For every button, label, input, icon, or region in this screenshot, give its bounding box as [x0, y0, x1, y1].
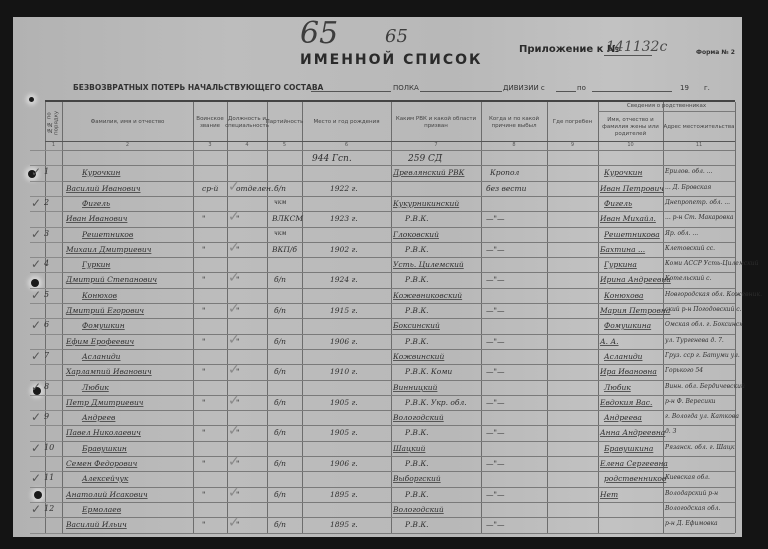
- column-number: 1: [45, 142, 62, 148]
- surname: Фигель: [82, 199, 110, 208]
- check-mark: ✓: [228, 423, 240, 439]
- rvk-suffix: Р.В.К.: [405, 459, 429, 468]
- relative-name-2: А. А.: [600, 337, 619, 346]
- column-header-label: Воинское звание: [193, 116, 227, 130]
- rvk-district: Шацкий: [393, 444, 425, 453]
- address-2: р-н Д. Ефимовка: [665, 520, 718, 527]
- birth-year: 1906 г.: [330, 337, 358, 346]
- surname: Решетников: [82, 230, 133, 239]
- address-1: Яр. обл. ...: [665, 230, 698, 237]
- given-name-patronymic: Анатолий Исакович: [66, 490, 148, 499]
- row-line: [62, 303, 735, 304]
- row-num-line: [30, 487, 62, 488]
- party: б/п: [274, 459, 286, 468]
- relative-name-2: Нет: [600, 490, 618, 499]
- column-header-4: Должность и специальность: [227, 104, 267, 141]
- relative-name-2: Ира Ивановна: [600, 367, 657, 376]
- military-rank: ": [202, 306, 205, 315]
- address-1: Вологодская обл.: [665, 505, 720, 512]
- birth-year: 1906 г.: [330, 459, 358, 468]
- column-header-label: Фамилия, имя и отчество: [91, 119, 165, 126]
- check-mark: ✓: [228, 332, 240, 348]
- row-line: [62, 196, 735, 197]
- rvk-district: Выборгский: [393, 474, 441, 483]
- military-rank: ": [202, 428, 205, 437]
- column-number: 5: [267, 142, 302, 148]
- military-rank: ": [202, 245, 205, 254]
- relative-name-2: Ирина Андреевна: [600, 275, 671, 284]
- relative-name-1: Решетникова: [604, 230, 660, 239]
- rvk-district: Кожвинский: [393, 352, 444, 361]
- row-line: [62, 456, 735, 457]
- column-number: 9: [547, 142, 598, 148]
- check-mark: ✓: [31, 196, 41, 210]
- relative-name-1: Курочкин: [604, 168, 642, 177]
- rvk-district: Усть. Цилемский: [393, 260, 464, 269]
- column-number: 11: [663, 142, 735, 148]
- military-rank: ": [202, 275, 205, 284]
- document-subtitle: БЕЗВОЗВРАТНЫХ ПОТЕРЬ НАЧАЛЬСТВУЮЩЕГО СОС…: [73, 83, 323, 92]
- rvk-district: Кукурникинский: [393, 199, 459, 208]
- row-line: [62, 487, 735, 488]
- check-mark: ✓: [31, 165, 41, 179]
- column-number: 3: [193, 142, 227, 148]
- row-num-line: [30, 211, 62, 212]
- column-header-11: Адрес местожительства: [663, 113, 735, 141]
- relative-name-1: Фомушкина: [604, 321, 651, 330]
- blank-line: [556, 91, 576, 92]
- rvk-district: Глоковский: [393, 230, 439, 239]
- appendix-label: Приложение к №: [519, 44, 619, 55]
- column-number: 10: [598, 142, 663, 148]
- row-num-line: [30, 181, 62, 182]
- column-header-label: №№ по порядку: [47, 104, 61, 141]
- given-name-patronymic: Василий Ильич: [66, 520, 127, 529]
- relative-name-2: Мария Петровна: [600, 306, 670, 315]
- blank-line: [311, 91, 391, 92]
- rvk-district: Винницкий: [393, 383, 437, 392]
- column-header-label: Должность и специальность: [225, 116, 269, 130]
- military-rank: ": [202, 520, 205, 529]
- check-mark: ✓: [31, 502, 41, 516]
- unit-note-division: 259 СД: [408, 154, 442, 164]
- rvk-suffix: Р.В.К.: [405, 245, 429, 254]
- column-header-10: Имя, отчество и фамилия жены или родител…: [598, 113, 663, 141]
- sheet-number-handwritten-2: 65: [385, 26, 408, 47]
- given-name-patronymic: Дмитрий Егорович: [66, 306, 144, 315]
- form-number: Форма № 2: [696, 49, 735, 56]
- military-rank: ср-й: [202, 184, 218, 193]
- when-reason-2: —"—: [486, 428, 504, 437]
- row-line: [62, 288, 735, 289]
- party: ВКП/б: [272, 245, 297, 254]
- relative-name-1: Асланиди: [604, 352, 642, 361]
- check-mark: ✓: [31, 318, 41, 332]
- row-line: [62, 242, 735, 243]
- row-line: [62, 533, 735, 534]
- column-header-label: Каким РВК и какой области призван: [391, 116, 481, 130]
- relative-name-2: Иван Михайл.: [600, 214, 656, 223]
- row-line: [62, 150, 735, 151]
- given-name-patronymic: Дмитрий Степанович: [66, 275, 157, 284]
- row-line: [62, 349, 735, 350]
- when-reason-2: —"—: [486, 459, 504, 468]
- relative-name-1: Андреева: [604, 413, 642, 422]
- column-header-label: Адрес местожительства: [663, 124, 734, 131]
- document-title: ИМЕННОЙ СПИСОК: [300, 52, 482, 68]
- year-label: 19: [680, 84, 689, 92]
- check-mark: ✓: [31, 227, 41, 241]
- check-mark: ✓: [228, 393, 240, 409]
- row-number: 9: [44, 412, 49, 421]
- birth-year: 1902 г.: [330, 245, 358, 254]
- relative-name-1: Бравушкина: [604, 444, 653, 453]
- check-mark: ✓: [31, 471, 41, 485]
- regiment-label: ПОЛКА: [393, 84, 419, 92]
- address-1: Винн. обл. Бердичевский: [665, 383, 745, 390]
- row-line: [62, 441, 735, 442]
- address-1: Ерилов. обл. ...: [665, 168, 712, 175]
- column-divider: [735, 102, 736, 533]
- address-2: р-н Ф. Вересики: [665, 398, 716, 405]
- rvk-district: Вологодский: [393, 505, 444, 514]
- row-line: [62, 471, 735, 472]
- given-name-patronymic: Василий Иванович: [66, 184, 141, 193]
- row-line: [62, 272, 735, 273]
- punch-hole: [34, 491, 42, 499]
- row-number: 3: [44, 229, 49, 238]
- check-mark: ✓: [228, 362, 240, 378]
- birth-year: 1924 г.: [330, 275, 358, 284]
- when-reason-2: —"—: [486, 367, 504, 376]
- row-number: 7: [44, 351, 49, 360]
- when-reason-2: —"—: [486, 337, 504, 346]
- given-name-patronymic: Павел Николаевич: [66, 428, 141, 437]
- column-header-7: Каким РВК и какой области призван: [391, 104, 481, 141]
- address-1: Груз. сср г. Батуми ул.: [665, 352, 740, 359]
- party: б/п: [274, 306, 286, 315]
- column-header-label: Место и год рождения: [313, 119, 379, 126]
- when-reason-2: —"—: [486, 398, 504, 407]
- column-number: 4: [227, 142, 267, 148]
- party: б/п: [274, 428, 286, 437]
- military-rank: ": [202, 367, 205, 376]
- check-mark: ✓: [31, 380, 41, 394]
- when-reason-2: —"—: [486, 520, 504, 529]
- row-num-line: [30, 242, 62, 243]
- party-note: чкм: [274, 230, 286, 237]
- birth-year: 1923 г.: [330, 214, 358, 223]
- column-number: 8: [481, 142, 547, 148]
- column-header-label: Где погребен: [553, 119, 592, 126]
- relative-name-1: Фигель: [604, 199, 632, 208]
- group-header-divider: [598, 111, 735, 112]
- party: б/п: [274, 184, 286, 193]
- party: б/п: [274, 367, 286, 376]
- address-2: Горького 54: [665, 367, 703, 374]
- rvk-suffix: Р.В.К.: [405, 306, 429, 315]
- row-num-line: [30, 303, 62, 304]
- row-line: [62, 227, 735, 228]
- column-number: 2: [62, 142, 193, 148]
- surname: Андреев: [82, 413, 115, 422]
- party: б/п: [274, 275, 286, 284]
- address-2: ... Д. Бровская: [665, 184, 711, 191]
- address-2: ... р-н Ст. Макаровка: [665, 214, 733, 221]
- rvk-suffix: Р.В.К. Коми: [405, 367, 452, 376]
- row-line: [62, 502, 735, 503]
- when-reason-2: —"—: [486, 275, 504, 284]
- row-line: [62, 380, 735, 381]
- rvk-district: Кожевниковский: [393, 291, 462, 300]
- address-1: г. Вологда ул. Каткова: [665, 413, 739, 420]
- row-number: 1: [44, 167, 49, 176]
- address-1: Днепропетр. обл. ...: [665, 199, 730, 206]
- row-number: 11: [44, 473, 54, 482]
- rvk-district: Боксинский: [393, 321, 440, 330]
- column-header-9: Где погребен: [547, 104, 598, 141]
- check-mark: ✓: [31, 257, 41, 271]
- birth-year: 1895 г.: [330, 490, 358, 499]
- year-suffix: г.: [704, 84, 710, 92]
- column-header-5: Партийность: [267, 104, 302, 141]
- address-2: Котельский с.: [665, 275, 711, 282]
- row-number: 4: [44, 259, 49, 268]
- relative-name-2: Иван Петрович: [600, 184, 664, 193]
- row-num-line: [30, 364, 62, 365]
- relative-name-2: Анна Андреевна: [600, 428, 665, 437]
- birth-year: 1905 г.: [330, 428, 358, 437]
- rvk-suffix: Р.В.К.: [405, 337, 429, 346]
- address-1: Рязанск. обл. г. Шацк: [665, 444, 735, 451]
- column-header-label: Когда и по какой причине выбыл: [481, 116, 547, 130]
- surname: Любик: [82, 383, 109, 392]
- given-name-patronymic: Харлампий Иванович: [66, 367, 152, 376]
- address-2: ский р-н Погодовский с.: [665, 306, 742, 313]
- check-mark: ✓: [31, 410, 41, 424]
- when-reason-2: —"—: [486, 306, 504, 315]
- row-line: [62, 395, 735, 396]
- row-number: 8: [44, 382, 49, 391]
- check-mark: ✓: [31, 349, 41, 363]
- rvk-district: Древлянский РВК: [393, 168, 464, 177]
- row-num-line: [30, 533, 62, 534]
- check-mark: ✓: [31, 441, 41, 455]
- column-header-3: Воинское звание: [193, 104, 227, 141]
- check-mark: ✓: [228, 515, 240, 531]
- when-reason-2: —"—: [486, 490, 504, 499]
- party: б/п: [274, 490, 286, 499]
- appendix-underline: [604, 55, 652, 56]
- check-mark: ✓: [228, 179, 240, 195]
- row-number: 12: [44, 504, 54, 513]
- check-mark: ✓: [228, 270, 240, 286]
- given-name-patronymic: Иван Иванович: [66, 214, 127, 223]
- given-name-patronymic: Михаил Дмитриевич: [66, 245, 151, 254]
- military-rank: ": [202, 490, 205, 499]
- when-reason-2: —"—: [486, 214, 504, 223]
- surname: Ермолаев: [82, 505, 121, 514]
- row-num-line: [30, 425, 62, 426]
- row-num-line: [30, 334, 62, 335]
- given-name-patronymic: Петр Дмитриевич: [66, 398, 143, 407]
- rvk-suffix: Р.В.К.: [405, 275, 429, 284]
- blank-line: [420, 91, 502, 92]
- surname: Асланиди: [82, 352, 120, 361]
- military-rank: ": [202, 214, 205, 223]
- row-num-line: [30, 517, 62, 518]
- address-1: Новгородская обл. Кожевник.: [665, 291, 762, 298]
- address-1: Коми АССР Усть-Цилемский: [665, 260, 758, 267]
- unit-note-regiment: 944 Гсп.: [312, 154, 352, 164]
- row-line: [62, 410, 735, 411]
- date-to-label: по: [577, 84, 586, 92]
- row-num-line: [30, 150, 62, 151]
- check-mark: ✓: [228, 209, 240, 225]
- row-num-line: [30, 395, 62, 396]
- relative-name-1: Конюхова: [604, 291, 643, 300]
- appendix-number: 141132с: [606, 39, 667, 55]
- rvk-suffix: Р.В.К.: [405, 520, 429, 529]
- table-top-border: [45, 100, 735, 102]
- military-rank: ": [202, 459, 205, 468]
- party: б/п: [274, 398, 286, 407]
- sheet-number-handwritten: 65: [300, 16, 338, 51]
- military-rank: ": [202, 337, 205, 346]
- birth-year: 1895 г.: [330, 520, 358, 529]
- row-line: [62, 364, 735, 365]
- check-mark: ✓: [228, 240, 240, 256]
- rvk-suffix: Р.В.К.: [405, 214, 429, 223]
- rvk-suffix: Р.В.К.: [405, 428, 429, 437]
- column-header-2: Фамилия, имя и отчество: [62, 104, 193, 141]
- column-header-1: №№ по порядку: [45, 104, 62, 141]
- surname: Курочкин: [82, 168, 120, 177]
- position: отделен.: [236, 184, 273, 193]
- rvk-suffix: Р.В.К.: [405, 490, 429, 499]
- address-2: Володарский р-н: [665, 490, 718, 497]
- punch-hole: [29, 97, 34, 102]
- given-name-patronymic: Ефим Ерофеевич: [66, 337, 134, 346]
- row-line: [62, 425, 735, 426]
- surname: Фомушкин: [82, 321, 125, 330]
- row-line: [62, 257, 735, 258]
- relative-name-1: Гуркина: [604, 260, 637, 269]
- surname: Алексейчук: [82, 474, 128, 483]
- check-mark: ✓: [31, 288, 41, 302]
- column-header-label: Имя, отчество и фамилия жены или родител…: [598, 117, 663, 138]
- column-number: 7: [391, 142, 481, 148]
- relative-name-2: Евдокия Вас.: [600, 398, 652, 407]
- column-header-label: Партийность: [266, 119, 304, 126]
- birth-year: 1905 г.: [330, 398, 358, 407]
- when-reason-1: Кропол: [490, 168, 519, 177]
- relative-name-2: Бахтина ...: [600, 245, 645, 254]
- row-number: 2: [44, 198, 49, 207]
- division-label: ДИВИЗИИ с: [503, 84, 545, 92]
- relative-name-1: Любик: [604, 383, 631, 392]
- row-number: 10: [44, 443, 54, 452]
- row-num-line: [30, 272, 62, 273]
- row-line: [62, 181, 735, 182]
- check-mark: ✓: [228, 454, 240, 470]
- party: б/п: [274, 337, 286, 346]
- surname: Конюхов: [82, 291, 117, 300]
- surname: Бравушкин: [82, 444, 127, 453]
- rvk-district: Вологодский: [393, 413, 444, 422]
- address-2: Клетовский сс.: [665, 245, 715, 252]
- birth-year: 1910 г.: [330, 367, 358, 376]
- relative-name-1: родственников: [604, 474, 666, 483]
- blank-line: [592, 91, 672, 92]
- surname: Гуркин: [82, 260, 110, 269]
- party: ВЛКСМ: [272, 214, 303, 223]
- when-reason-2: —"—: [486, 245, 504, 254]
- group-header-relatives: Сведения о родственниках: [598, 103, 735, 110]
- row-line: [62, 211, 735, 212]
- row-num-line: [30, 456, 62, 457]
- rvk-suffix: Р.В.К. Укр. обл.: [405, 398, 467, 407]
- address-1: Омская обл. г. Боксинск: [665, 321, 743, 328]
- row-number: 6: [44, 320, 49, 329]
- party-note: чкм: [274, 199, 286, 206]
- military-rank: ": [202, 398, 205, 407]
- row-line: [62, 318, 735, 319]
- relative-name-2: Елена Сергеевна: [600, 459, 668, 468]
- column-number: 6: [302, 142, 391, 148]
- when-reason-2: без вести: [486, 184, 526, 193]
- row-line: [62, 334, 735, 335]
- check-mark: ✓: [228, 485, 240, 501]
- birth-year: 1915 г.: [330, 306, 358, 315]
- birth-year: 1922 г.: [330, 184, 358, 193]
- address-2: д. 3: [665, 428, 676, 435]
- given-name-patronymic: Семен Федорович: [66, 459, 137, 468]
- column-header-8: Когда и по какой причине выбыл: [481, 104, 547, 141]
- party: б/п: [274, 520, 286, 529]
- check-mark: ✓: [228, 301, 240, 317]
- row-line: [62, 517, 735, 518]
- punch-hole: [31, 279, 39, 287]
- column-header-6: Место и год рождения: [302, 104, 391, 141]
- row-number: 5: [44, 290, 49, 299]
- address-1: Киевская обл.: [665, 474, 710, 481]
- row-line: [62, 165, 735, 166]
- address-2: ул. Тургенева д. 7.: [665, 337, 724, 344]
